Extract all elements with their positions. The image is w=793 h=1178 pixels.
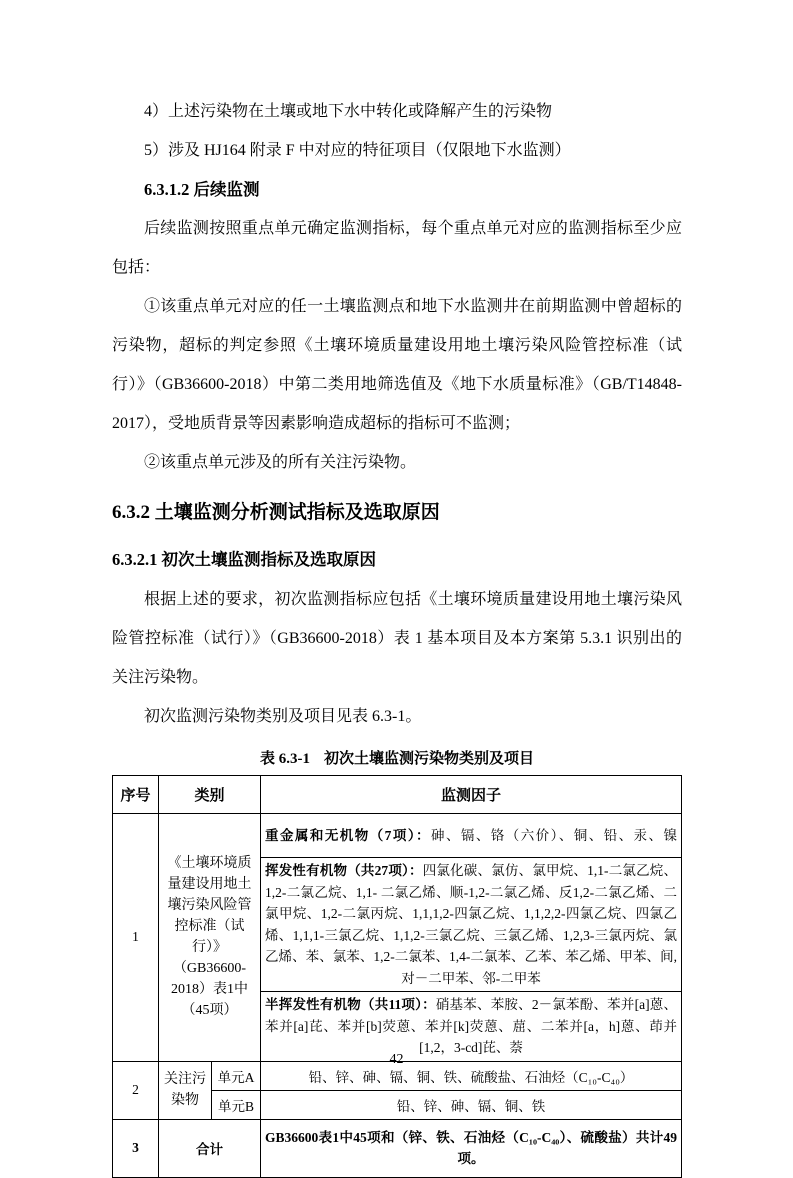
paragraph-item-2: ②该重点单元涉及的所有关注污染物。 bbox=[112, 443, 682, 482]
table-row: 3 合计 GB36600表1中45项和（锌、铁、石油烃（C₁₀-C₄₀）、硫酸盐… bbox=[113, 1119, 682, 1177]
paragraph-item-1: ①该重点单元对应的任一土壤监测点和地下水监测井在前期监测中曾超标的污染物，超标的… bbox=[112, 287, 682, 443]
table-header-row: 序号 类别 监测因子 bbox=[113, 776, 682, 814]
row3-category: 合计 bbox=[159, 1119, 261, 1177]
col-header-no: 序号 bbox=[113, 776, 159, 814]
row1-heavy-metals-cell: 重金属和无机物（7项）：砷、镉、铬（六价）、铜、铅、汞、镍 bbox=[261, 814, 682, 858]
table-row: 1 《土壤环境质量建设用地土壤污染风险管控标准（试行）》（GB36600-201… bbox=[113, 814, 682, 858]
unit-b-factors: 铅、锌、砷、镉、铜、铁 bbox=[261, 1090, 682, 1119]
col-header-category: 类别 bbox=[159, 776, 261, 814]
row1-category: 《土壤环境质量建设用地土壤污染风险管控标准（试行）》（GB36600-2018）… bbox=[159, 814, 261, 1062]
table-caption-title: 初次土壤监测污染物类别及项目 bbox=[324, 751, 534, 767]
heading-632: 6.3.2 土壤监测分析测试指标及选取原因 bbox=[112, 490, 682, 536]
col-header-factors: 监测因子 bbox=[261, 776, 682, 814]
row1-no: 1 bbox=[113, 814, 159, 1062]
list-item-5: 5）涉及 HJ164 附录 F 中对应的特征项目（仅限地下水监测） bbox=[112, 131, 682, 170]
heavy-metals-items: 砷、镉、铬（六价）、铜、铅、汞、镍 bbox=[431, 828, 677, 843]
list-item-4: 4）上述污染物在土壤或地下水中转化或降解产生的污染物 bbox=[112, 92, 682, 131]
pollutants-table: 序号 类别 监测因子 1 《土壤环境质量建设用地土壤污染风险管控标准（试行）》（… bbox=[112, 775, 682, 1178]
row1-voc-cell: 挥发性有机物（共27项）：四氯化碳、氯仿、氯甲烷、1,1-二氯乙烷、1,2-二氯… bbox=[261, 858, 682, 992]
unit-b-label: 单元B bbox=[212, 1090, 261, 1119]
row3-factors: GB36600表1中45项和（锌、铁、石油烃（C₁₀-C₄₀）、硫酸盐）共计49… bbox=[261, 1119, 682, 1177]
svoc-label: 半挥发性有机物（共11项）： bbox=[265, 997, 436, 1012]
page-number: 42 bbox=[0, 1050, 793, 1070]
heading-6321: 6.3.2.1 初次土壤监测指标及选取原因 bbox=[112, 540, 682, 580]
heavy-metals-label: 重金属和无机物（7项）： bbox=[265, 828, 431, 843]
paragraph-initial-indicators: 根据上述的要求，初次监测指标应包括《土壤环境质量建设用地土壤污染风险管控标准（试… bbox=[112, 580, 682, 697]
paragraph-followup-intro: 后续监测按照重点单元确定监测指标，每个重点单元对应的监测指标至少应包括： bbox=[112, 209, 682, 287]
document-page: 4）上述污染物在土壤或地下水中转化或降解产生的污染物 5）涉及 HJ164 附录… bbox=[0, 0, 793, 1122]
voc-items: 四氯化碳、氯仿、氯甲烷、1,1-二氯乙烷、1,2-二氯乙烷、1,1- 二氯乙烯、… bbox=[265, 863, 677, 986]
voc-label: 挥发性有机物（共27项）： bbox=[265, 863, 423, 878]
paragraph-table-ref: 初次监测污染物类别及项目见表 6.3-1。 bbox=[112, 697, 682, 736]
row3-no: 3 bbox=[113, 1119, 159, 1177]
heading-6312: 6.3.1.2 后续监测 bbox=[112, 170, 682, 209]
table-caption: 表 6.3-1初次土壤监测污染物类别及项目 bbox=[112, 748, 682, 770]
table-caption-label: 表 6.3-1 bbox=[260, 751, 310, 767]
